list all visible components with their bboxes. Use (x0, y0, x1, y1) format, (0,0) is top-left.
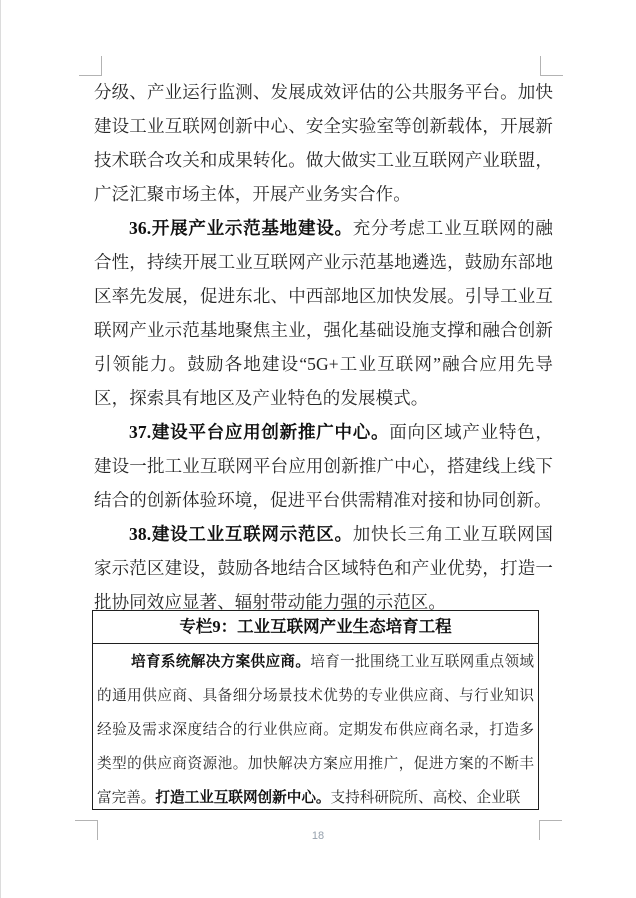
callout-segment-text-2: 支持科研院所、高校、企业联 (331, 790, 521, 806)
paragraph-36-text: 充分考虑工业互联网的融合性，持续开展工业互联网产业示范基地遴选，鼓励东部地区率先… (94, 218, 553, 408)
paragraph-36-heading: 36.开展产业示范基地建设。 (129, 218, 353, 238)
paragraph-37: 37.建设平台应用创新推广中心。面向区域产业特色，建设一批工业互联网平台应用创新… (94, 415, 553, 517)
callout-body: 培育系统解决方案供应商。培育一批围绕工业互联网重点领域的通用供应商、具备细分场景… (93, 644, 538, 810)
document-page: { "page": { "number": "18" }, "body_text… (0, 0, 636, 898)
callout-segment-heading-2: 打造工业互联网创新中心。 (155, 790, 330, 806)
paragraph-36: 36.开展产业示范基地建设。充分考虑工业互联网的融合性，持续开展工业互联网产业示… (94, 211, 553, 415)
callout-box-column-9: 专栏9：工业互联网产业生态培育工程 培育系统解决方案供应商。培育一批围绕工业互联… (92, 610, 539, 810)
page-left-edge (0, 0, 1, 898)
document-body: 分级、产业运行监测、发展成效评估的公共服务平台。加快建设工业互联网创新中心、安全… (94, 75, 553, 619)
paragraph-text: 分级、产业运行监测、发展成效评估的公共服务平台。加快建设工业互联网创新中心、安全… (94, 82, 553, 204)
callout-segment-heading-1: 培育系统解决方案供应商。 (131, 654, 310, 670)
paragraph-37-heading: 37.建设平台应用创新推广中心。 (129, 422, 389, 442)
crop-mark-top-right (540, 56, 563, 76)
page-number: 18 (0, 830, 636, 842)
paragraph-38-heading: 38.建设工业互联网示范区。 (129, 524, 353, 544)
paragraph-38: 38.建设工业互联网示范区。加快长三角工业互联网国家示范区建设，鼓励各地结合区域… (94, 517, 553, 619)
crop-mark-top-left (79, 56, 102, 76)
paragraph-continuation: 分级、产业运行监测、发展成效评估的公共服务平台。加快建设工业互联网创新中心、安全… (94, 75, 553, 211)
callout-segment-text-1: 培育一批围绕工业互联网重点领域的通用供应商、具备细分场景技术优势的专业供应商、与… (97, 654, 534, 806)
callout-title: 专栏9：工业互联网产业生态培育工程 (93, 611, 538, 644)
